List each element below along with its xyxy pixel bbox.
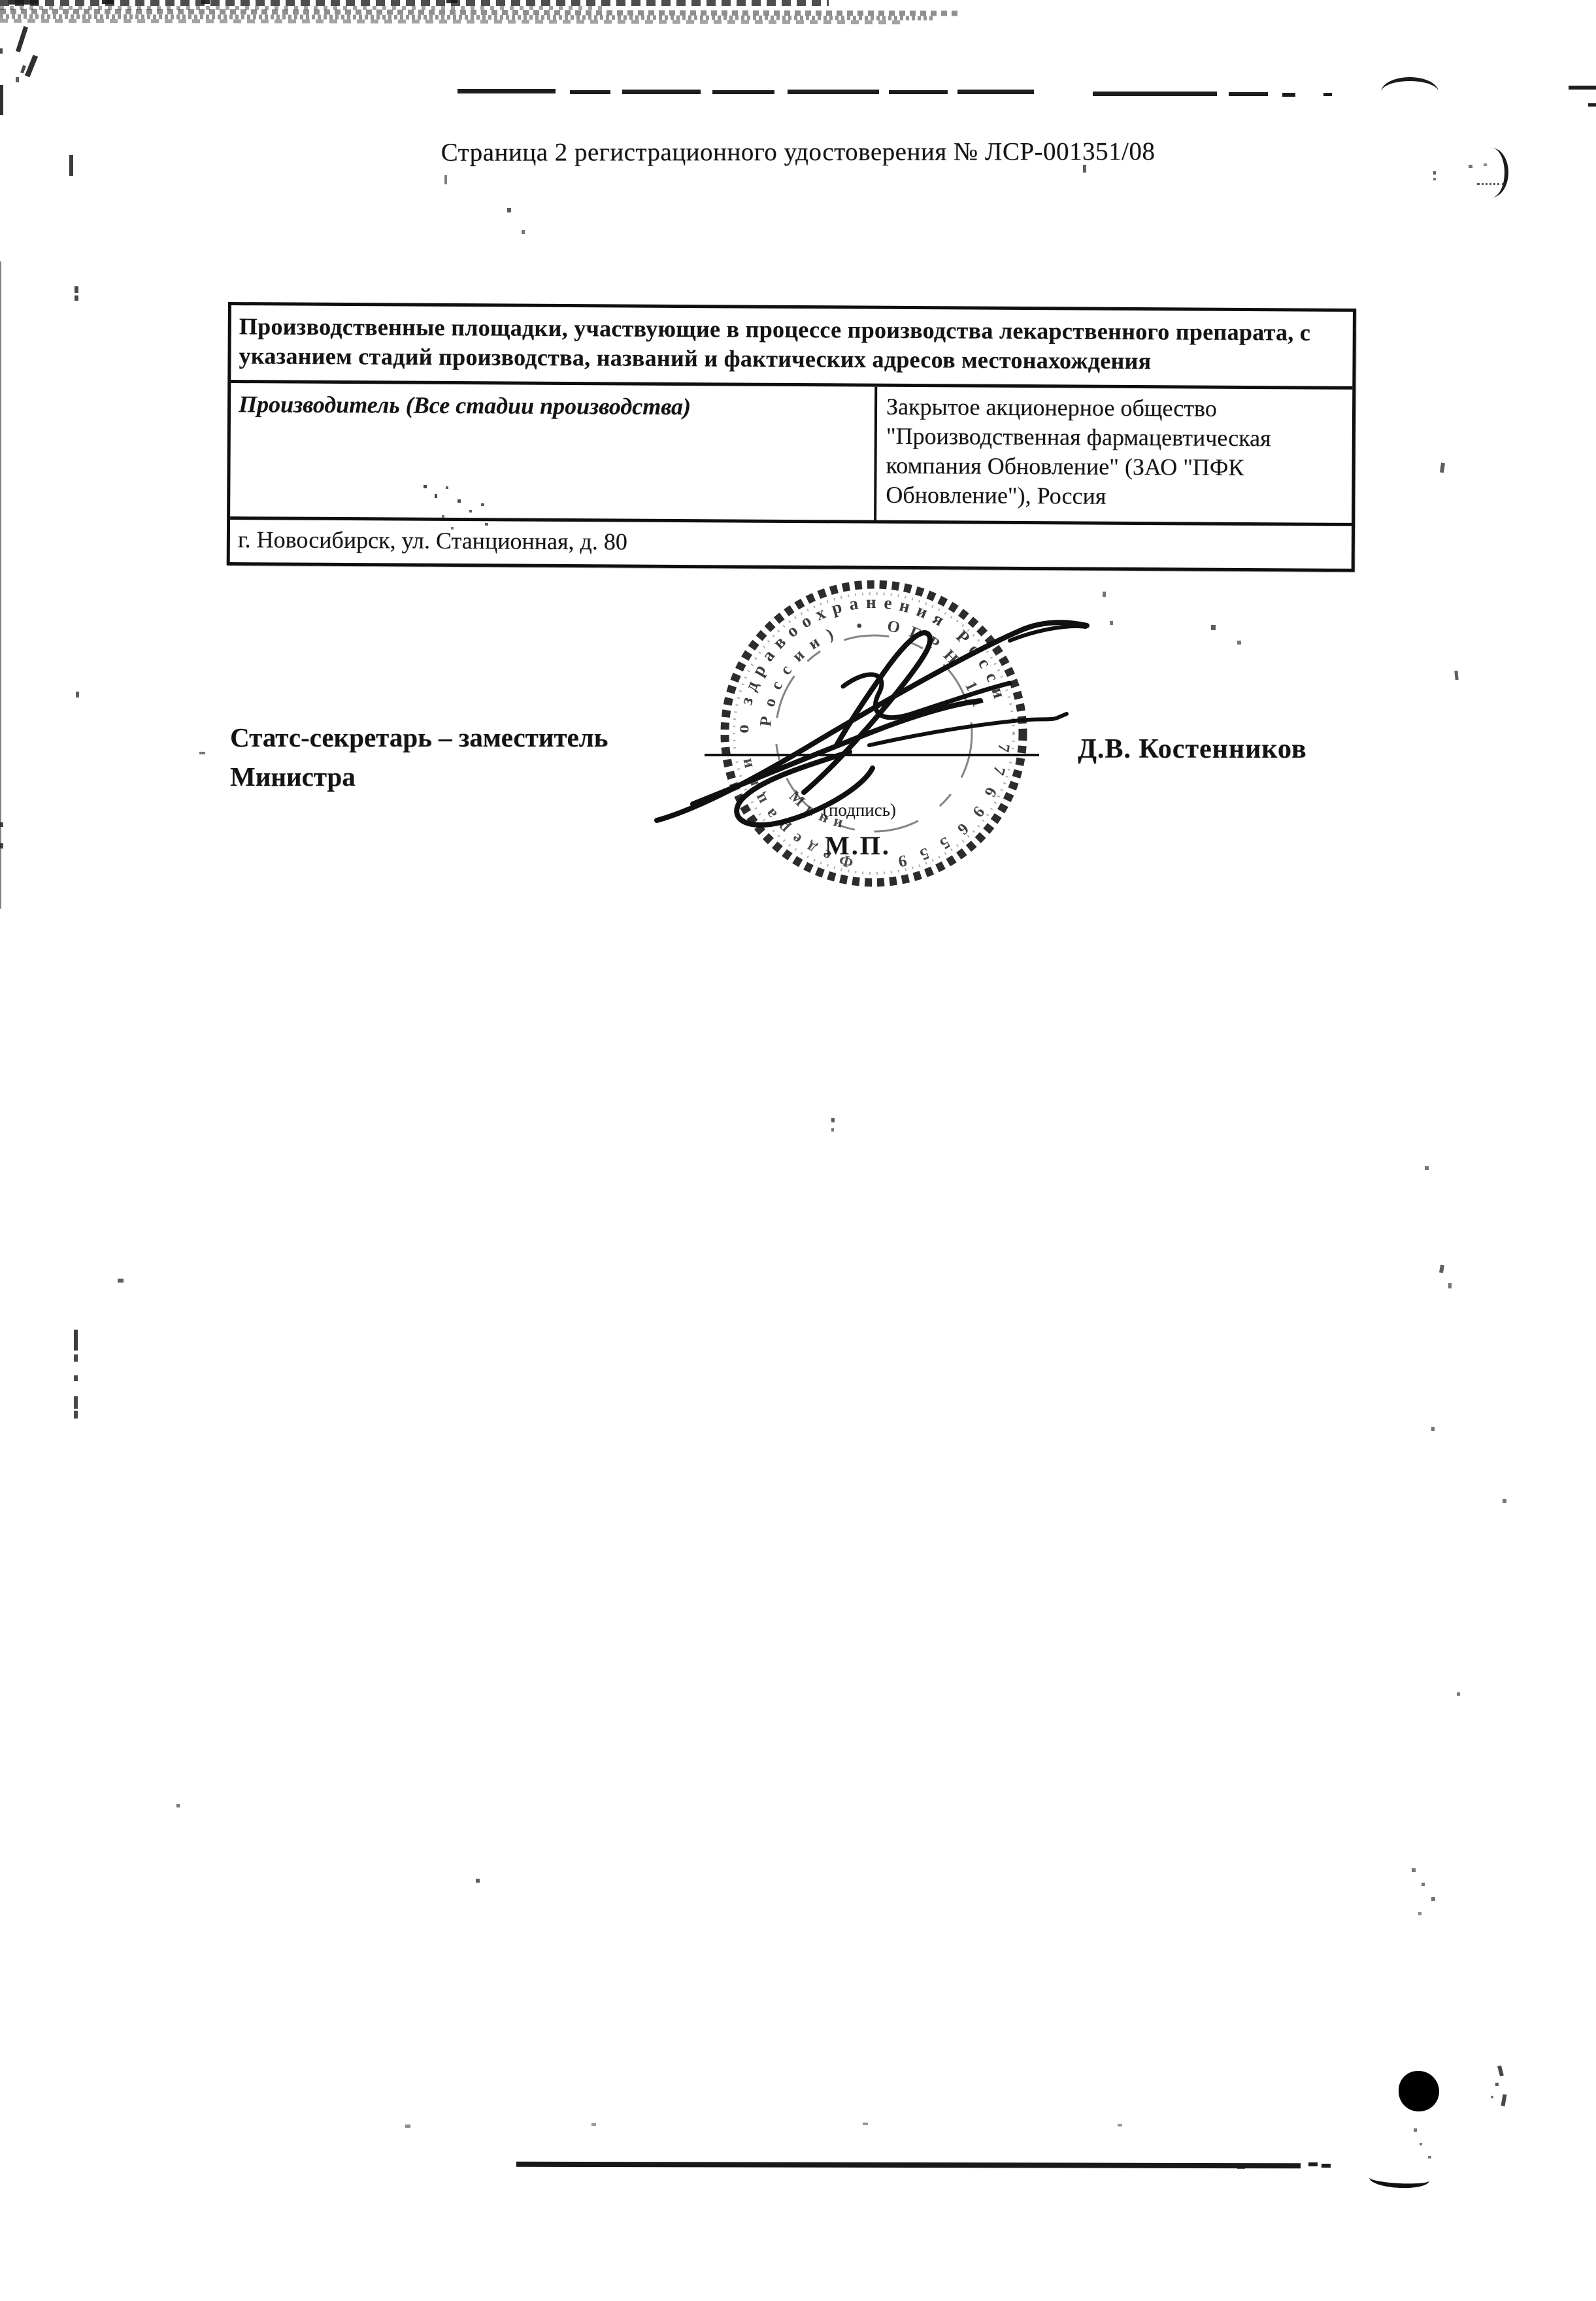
- scan-artifact: [1477, 183, 1505, 185]
- scan-artifact: [1431, 1897, 1435, 1901]
- scan-artifact: [1448, 1283, 1452, 1288]
- scan-artifact: [176, 1804, 180, 1807]
- scan-artifact: [481, 503, 484, 506]
- scan-artifact: [0, 48, 3, 54]
- scan-artifact: [1381, 77, 1438, 92]
- scan-artifact: [444, 175, 447, 184]
- scan-artifact: [0, 822, 3, 827]
- svg-text:77696559: 77696559: [890, 743, 1012, 871]
- ink-dot: [1399, 2071, 1439, 2111]
- scan-artifact: [1439, 1265, 1444, 1273]
- scan-artifact: [16, 26, 28, 52]
- scan-artifact: [1323, 93, 1332, 96]
- scan-artifact: [1433, 178, 1436, 180]
- scan-artifact: [1237, 2166, 1245, 2169]
- scan-artifact: [469, 510, 472, 512]
- scan-artifact: [446, 486, 448, 489]
- scan-artifact: [1497, 2065, 1504, 2076]
- scan-artifact: [1588, 103, 1596, 107]
- scan-artifact: [16, 77, 19, 82]
- scan-artifact: [405, 2125, 410, 2128]
- scan-artifact: [1420, 2143, 1422, 2145]
- scan-artifact: [522, 230, 525, 234]
- scan-artifact: [74, 1375, 78, 1381]
- scan-artifact: [457, 89, 556, 93]
- scan-artifact: [1457, 1692, 1460, 1696]
- scan-artifact: [76, 692, 79, 697]
- scan-artifact: [0, 19, 902, 24]
- signatory-title-line1: Статс-секретарь – заместитель: [230, 718, 727, 757]
- scan-artifact: [1495, 2083, 1499, 2086]
- manufacturer-label-cell: Производитель (Все стадии производства): [230, 383, 874, 520]
- scan-artifact: [1237, 641, 1241, 645]
- scan-artifact: [201, 0, 210, 4]
- production-sites-table: Производственные площадки, участвующие в…: [227, 302, 1356, 572]
- scan-artifact: [507, 208, 511, 212]
- scan-artifact: [1412, 1868, 1416, 1872]
- scan-artifact: [1501, 2094, 1506, 2107]
- scan-artifact: [0, 843, 3, 848]
- signatory-title-line2: Министра: [230, 757, 727, 796]
- scan-artifact: [461, 518, 464, 521]
- scan-artifact: [1308, 2162, 1318, 2166]
- scan-artifact: [442, 515, 444, 518]
- scan-artifact: [889, 90, 948, 94]
- scan-artifact: [1103, 592, 1106, 597]
- scan-artifact: [424, 485, 427, 488]
- scan-artifact: [446, 0, 457, 3]
- scan-artifact: [435, 494, 437, 498]
- scan-artifact: [102, 0, 114, 4]
- scan-artifact: [1440, 463, 1445, 473]
- scan-artifact: [570, 90, 610, 94]
- scan-artifact: [1369, 2169, 1429, 2190]
- scan-artifact: [1469, 165, 1472, 168]
- scan-artifact: [622, 90, 701, 94]
- scan-artifact: [1083, 165, 1086, 173]
- scan-artifact: [712, 90, 774, 94]
- scan-artifact: [457, 499, 461, 503]
- signatory-title: Статс-секретарь – заместитель Министра: [230, 718, 727, 796]
- scan-artifact: [1322, 2164, 1331, 2168]
- scan-artifact: [0, 85, 3, 115]
- scan-artifact: [516, 2162, 1301, 2169]
- scan-artifact: [1431, 1427, 1435, 1431]
- scan-artifact: [74, 1330, 78, 1351]
- scan-artifact: [118, 1279, 124, 1283]
- scan-artifact: [0, 0, 829, 6]
- scan-artifact: [451, 527, 454, 529]
- scan-artifact: [1454, 671, 1458, 680]
- scan-artifact: [1118, 2124, 1122, 2126]
- manufacturer-value-cell: Закрытое акционерное общество "Производс…: [874, 387, 1352, 523]
- scan-artifact: [957, 90, 1034, 94]
- scan-artifact: [1428, 2156, 1431, 2158]
- scan-artifact: [1282, 93, 1295, 97]
- scan-artifact: [199, 752, 205, 754]
- scan-artifact: [1433, 171, 1436, 175]
- scan-artifact: [1229, 92, 1268, 96]
- scan-artifact: [1414, 2128, 1417, 2132]
- scan-artifact: [25, 55, 38, 78]
- scan-artifact: [1569, 86, 1596, 90]
- scan-artifact: [1484, 163, 1487, 166]
- scan-artifact: [591, 2123, 596, 2126]
- scan-artifact: [0, 261, 1, 909]
- scan-artifact: [1503, 1499, 1506, 1503]
- scan-artifact: [8, 0, 38, 5]
- scan-artifact: [1110, 621, 1113, 625]
- scan-artifact: [74, 1411, 78, 1419]
- scan-artifact: [1418, 1912, 1421, 1915]
- scan-artifact: [1421, 1883, 1425, 1886]
- scan-artifact: [831, 1128, 834, 1132]
- scan-artifact: [69, 155, 73, 176]
- scan-artifact: [1093, 92, 1217, 96]
- scan-artifact: [831, 1118, 835, 1122]
- page-header-text: Страница 2 регистрационного удостоверени…: [0, 136, 1596, 167]
- scan-artifact: [863, 2123, 868, 2125]
- stamp-arc-digits: 77696559: [890, 743, 1012, 871]
- scan-artifact: [1425, 1166, 1429, 1170]
- scan-artifact: [485, 523, 488, 526]
- scan-artifact: [75, 295, 78, 301]
- official-stamp: о здравоохранения Росси России) • ОГРН 1…: [654, 549, 1137, 928]
- scan-artifact: [75, 286, 78, 293]
- scan-artifact: [788, 90, 879, 94]
- scan-artifact: [1491, 2096, 1493, 2098]
- scan-artifact: [476, 1879, 480, 1883]
- table-row: Производитель (Все стадии производства) …: [230, 383, 1352, 526]
- table-header-cell: Производственные площадки, участвующие в…: [231, 305, 1353, 390]
- scan-artifact: [74, 1396, 78, 1409]
- scan-artifact: [74, 1354, 78, 1362]
- scanned-document-page: Страница 2 регистрационного удостоверени…: [0, 0, 1596, 2301]
- scan-artifact: [1211, 625, 1216, 630]
